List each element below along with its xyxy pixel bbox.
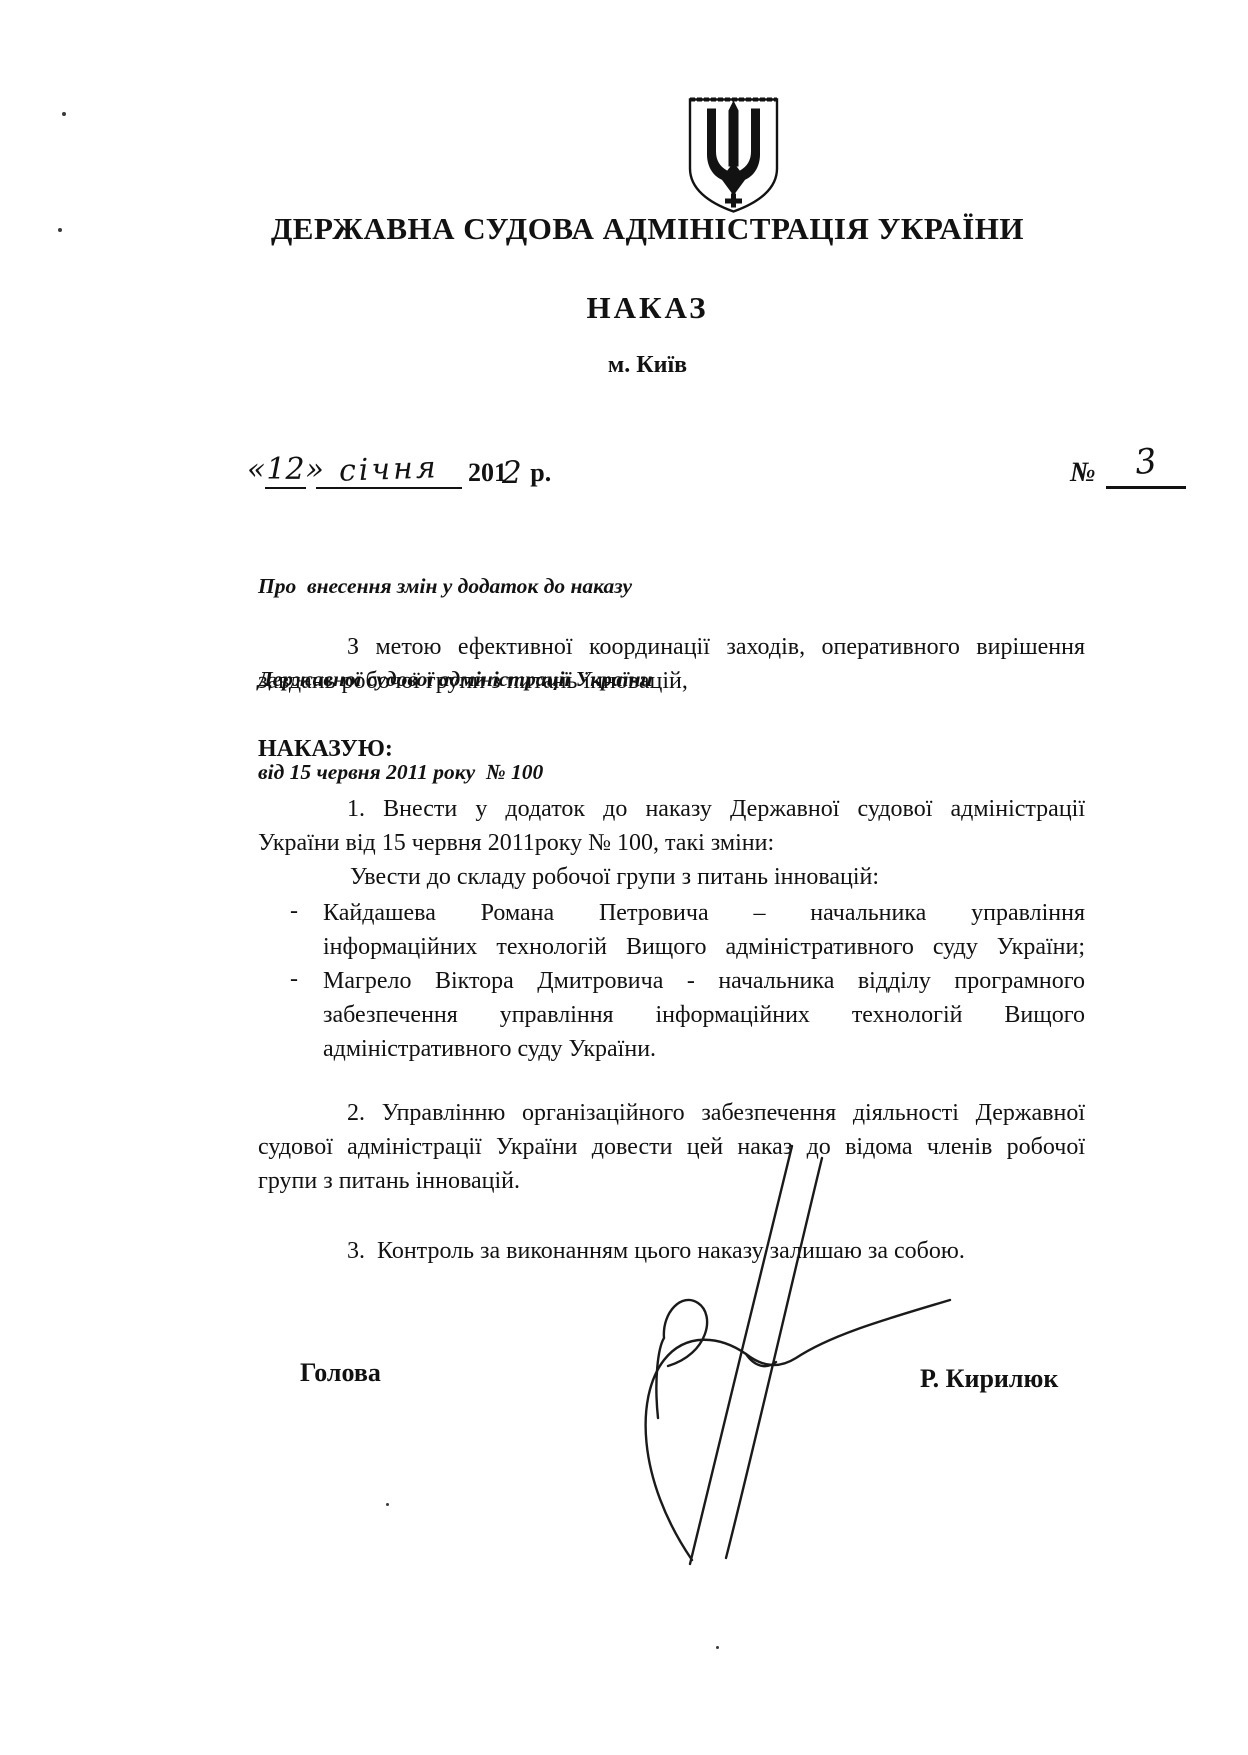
bullet1-line: інформаційних технологій Вищого адмініст… xyxy=(323,930,1085,964)
signer-name: Р. Кирилюк xyxy=(920,1364,1058,1394)
date-day-handwritten: 12 xyxy=(265,452,305,489)
scan-artifact-dot xyxy=(58,228,62,232)
item2-line: судової адміністрації України довести це… xyxy=(258,1130,1085,1164)
item2-line: групи з питань інновацій. xyxy=(258,1164,1085,1198)
date-quote-open: « xyxy=(247,452,265,487)
order-item-2: 2. Управлінню організаційного забезпечен… xyxy=(258,1096,1085,1198)
item3-line: 3. Контроль за виконанням цього наказу з… xyxy=(258,1234,1085,1268)
decree-word: НАКАЗУЮ: xyxy=(258,732,1085,766)
order-number-label: № xyxy=(1070,457,1096,489)
bullet2-line: адміністративного суду України. xyxy=(323,1032,1085,1066)
date-month-handwritten: січня xyxy=(339,450,440,488)
item2-line: 2. Управлінню організаційного забезпечен… xyxy=(258,1096,1085,1130)
scan-artifact-dot xyxy=(62,112,66,116)
item1-line: України від 15 червня 2011року № 100, та… xyxy=(258,826,1085,860)
members-bullet-list: - Кайдашева Романа Петровича – начальник… xyxy=(258,896,1085,1066)
subject-line: Про внесення змін у додаток до наказу xyxy=(258,571,818,602)
item1-line: Увести до складу робочої групи з питань … xyxy=(258,860,1085,894)
order-number-handwritten: 3 xyxy=(1133,441,1159,483)
item1-line: 1. Внести у додаток до наказу Державної … xyxy=(258,792,1085,826)
bullet-marker: - xyxy=(290,962,298,996)
list-item: - Магрело Віктора Дмитровича - начальник… xyxy=(258,964,1085,1066)
date-number-row: «12» січня 2012 р. № 3 xyxy=(0,441,1248,493)
date-month-blank-line: січня xyxy=(316,452,462,489)
date-year: 2012 р. xyxy=(468,453,551,489)
order-item-3: 3. Контроль за виконанням цього наказу з… xyxy=(258,1234,1085,1268)
date-day: «12» xyxy=(247,452,324,489)
order-document-page: ДЕРЖАВНА СУДОВА АДМІНІСТРАЦІЯ УКРАЇНИ НА… xyxy=(0,0,1248,1755)
bullet2-line: Магрело Віктора Дмитровича - начальника … xyxy=(323,964,1085,998)
tryzub-emblem-icon xyxy=(687,96,780,215)
scan-artifact-dot xyxy=(386,1503,389,1506)
date-year-handwritten: 2 xyxy=(502,455,522,491)
intro-line: З метою ефективної координації заходів, … xyxy=(258,630,1085,664)
intro-paragraph: З метою ефективної координації заходів, … xyxy=(258,630,1085,698)
city-line: м. Київ xyxy=(160,352,1135,379)
order-item-1: 1. Внести у додаток до наказу Державної … xyxy=(258,792,1085,894)
signer-title: Голова xyxy=(300,1358,381,1388)
order-number-blank-line: 3 xyxy=(1106,444,1186,489)
bullet1-line: Кайдашева Романа Петровича – начальника … xyxy=(323,896,1085,930)
intro-line: завдань робочої групи з питань інновацій… xyxy=(258,664,1085,698)
date-year-suffix: р. xyxy=(530,458,551,487)
organization-name: ДЕРЖАВНА СУДОВА АДМІНІСТРАЦІЯ УКРАЇНИ xyxy=(160,211,1135,247)
list-item: - Кайдашева Романа Петровича – начальник… xyxy=(258,896,1085,964)
document-type-title: НАКАЗ xyxy=(160,290,1135,326)
bullet-marker: - xyxy=(290,894,298,928)
scan-artifact-dot xyxy=(716,1646,719,1649)
bullet2-line: забезпечення управління інформаційних те… xyxy=(323,998,1085,1032)
